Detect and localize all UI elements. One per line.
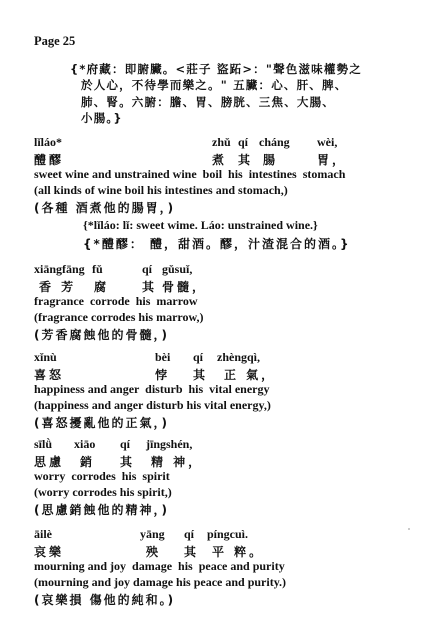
hanzi-row: 香 芳 腐 其 骨髓， bbox=[34, 278, 414, 294]
translation-row: (happiness and anger disturb his vital e… bbox=[34, 398, 414, 414]
hanzi-word: 銷 bbox=[80, 453, 95, 470]
chinese-translation-row: (思慮銷蝕他的精神，) bbox=[34, 501, 414, 517]
hanzi-word: 其 bbox=[193, 366, 208, 383]
hanzi-word: 腸 bbox=[263, 151, 278, 168]
header-note-line: {*府藏：即腑臟。<莊子 盜跖>："聲色滋味權勢之 bbox=[70, 61, 400, 77]
hanzi-word: 醴醪 bbox=[34, 151, 64, 168]
pinyin-word: qí bbox=[184, 527, 194, 542]
pinyin-word: bèi bbox=[155, 350, 170, 365]
pinyin-word: lǐláo* bbox=[34, 135, 62, 150]
pinyin-word: xǐnù bbox=[34, 350, 57, 365]
verse-block: lǐláo* zhǔ qí cháng wèi, 醴醪 煮 其 腸 胃， swe… bbox=[34, 135, 414, 215]
pinyin-word: qí bbox=[120, 437, 130, 452]
hanzi-word: 其 bbox=[120, 453, 135, 470]
pinyin-word: gǔsuǐ, bbox=[162, 262, 192, 277]
chinese-translation-row: (喜怒擾亂他的正氣，) bbox=[34, 414, 414, 430]
hanzi-word: 平 粹。 bbox=[212, 543, 264, 560]
verse-block: sīlǜ xiāo qí jīngshén, 思慮 銷 其 精 神， worry… bbox=[34, 437, 414, 517]
pinyin-word: sīlǜ bbox=[34, 437, 52, 452]
note-line: {*醴醪： 醴，甜酒。醪，汁渣混合的酒。} bbox=[83, 235, 413, 252]
translation-row: (mourning and joy damage his peace and p… bbox=[34, 575, 414, 591]
pinyin-word: qí bbox=[193, 350, 203, 365]
pinyin-word: qí bbox=[238, 135, 248, 150]
scan-speck bbox=[408, 528, 410, 530]
pinyin-word: cháng bbox=[259, 135, 290, 150]
hanzi-word: 思慮 bbox=[34, 453, 64, 470]
hanzi-word: 殃 bbox=[146, 543, 161, 560]
pinyin-word: fǔ bbox=[92, 262, 103, 277]
gloss-row: happiness and anger disturb his vital en… bbox=[34, 382, 414, 398]
hanzi-word: 其 bbox=[142, 278, 157, 295]
pinyin-word: xiāo bbox=[74, 437, 95, 452]
pinyin-word: zhǔ bbox=[212, 135, 231, 150]
translation-row: (all kinds of wine boil his intestines a… bbox=[34, 183, 414, 199]
pinyin-row: āilè yāng qí píngcuì. bbox=[34, 527, 414, 543]
gloss-row: sweet wine and unstrained wine boil his … bbox=[34, 167, 414, 183]
pinyin-row: sīlǜ xiāo qí jīngshén, bbox=[34, 437, 414, 453]
verse-block: xǐnù bèi qí zhèngqì, 喜怒 悖 其 正 氣， happine… bbox=[34, 350, 414, 430]
header-note-line: 小腸。} bbox=[70, 110, 400, 126]
gloss-row: mourning and joy damage his peace and pu… bbox=[34, 559, 414, 575]
header-note-line: 肺、腎。六腑：膽、胃、膀胱、三焦、大腸、 bbox=[70, 94, 400, 110]
chinese-translation-row: (芳香腐蝕他的骨髓，) bbox=[34, 326, 414, 342]
hanzi-word: 骨髓， bbox=[162, 278, 207, 295]
translation-row: (fragrance corrodes his marrow,) bbox=[34, 310, 414, 326]
hanzi-word: 香 芳 bbox=[39, 278, 76, 295]
hanzi-row: 思慮 銷 其 精 神， bbox=[34, 453, 414, 469]
header-note: {*府藏：即腑臟。<莊子 盜跖>："聲色滋味權勢之 於人心，不待學而樂之。" 五… bbox=[70, 61, 400, 126]
verse-block: āilè yāng qí píngcuì. 哀樂 殃 其 平 粹。 mourni… bbox=[34, 527, 414, 607]
hanzi-word: 正 氣， bbox=[224, 366, 276, 383]
pinyin-word: jīngshén, bbox=[146, 437, 192, 452]
pinyin-row: lǐláo* zhǔ qí cháng wèi, bbox=[34, 135, 414, 151]
header-note-line: 於人心，不待學而樂之。" 五臟：心、肝、脾、 bbox=[70, 77, 400, 93]
hanzi-word: 精 神， bbox=[151, 453, 203, 470]
note-line: {*lǐláo: lǐ: sweet wime. Láo: unstrained… bbox=[83, 218, 413, 235]
hanzi-word: 腐 bbox=[94, 278, 109, 295]
verse-notes: {*lǐláo: lǐ: sweet wime. Láo: unstrained… bbox=[83, 218, 413, 252]
hanzi-row: 喜怒 悖 其 正 氣， bbox=[34, 366, 414, 382]
pinyin-word: qí bbox=[142, 262, 152, 277]
pinyin-word: āilè bbox=[34, 527, 52, 542]
pinyin-word: wèi, bbox=[317, 135, 337, 150]
hanzi-word: 其 bbox=[238, 151, 253, 168]
chinese-translation-row: (哀樂損 傷他的純和。) bbox=[34, 591, 414, 607]
pinyin-word: zhèngqì, bbox=[217, 350, 260, 365]
pinyin-word: yāng bbox=[140, 527, 165, 542]
hanzi-word: 喜怒 bbox=[34, 366, 64, 383]
hanzi-word: 胃， bbox=[317, 151, 347, 168]
hanzi-word: 煮 bbox=[212, 151, 227, 168]
pinyin-row: xiāngfāng fǔ qí gǔsuǐ, bbox=[34, 262, 414, 278]
pinyin-word: xiāngfāng bbox=[34, 262, 85, 277]
verse-block: xiāngfāng fǔ qí gǔsuǐ, 香 芳 腐 其 骨髓， fragr… bbox=[34, 262, 414, 342]
hanzi-word: 哀樂 bbox=[34, 543, 64, 560]
hanzi-word: 悖 bbox=[155, 366, 170, 383]
gloss-row: fragrance corrode his marrow bbox=[34, 294, 414, 310]
gloss-row: worry corrodes his spirit bbox=[34, 469, 414, 485]
page-label: Page 25 bbox=[34, 34, 75, 49]
pinyin-row: xǐnù bèi qí zhèngqì, bbox=[34, 350, 414, 366]
pinyin-word: píngcuì. bbox=[207, 527, 248, 542]
translation-row: (worry corrodes his spirit,) bbox=[34, 485, 414, 501]
hanzi-row: 醴醪 煮 其 腸 胃， bbox=[34, 151, 414, 167]
hanzi-word: 其 bbox=[184, 543, 199, 560]
chinese-translation-row: (各種 酒煮他的腸胃，) bbox=[34, 199, 414, 215]
hanzi-row: 哀樂 殃 其 平 粹。 bbox=[34, 543, 414, 559]
